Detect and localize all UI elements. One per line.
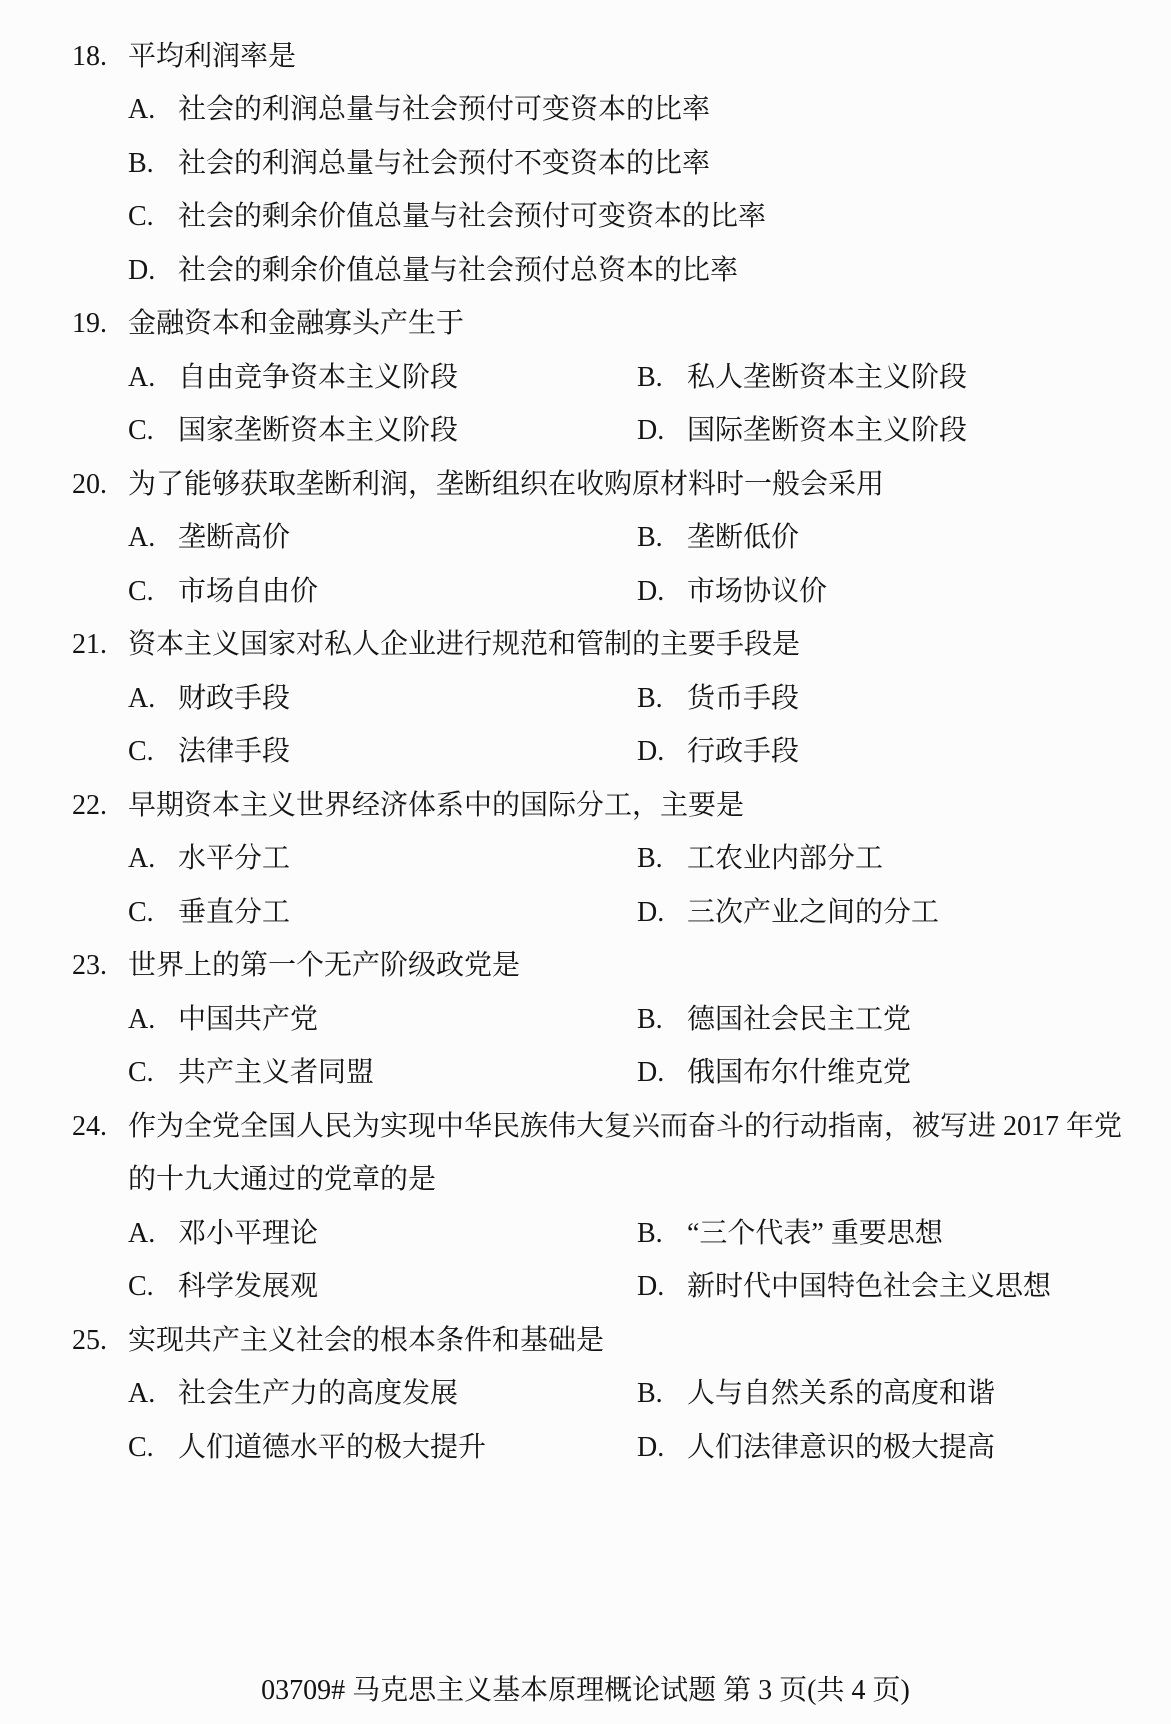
question-title-row: 19.金融资本和金融寡头产生于 — [0, 298, 1171, 352]
option-19-C: C.国家垄断资本主义阶段 — [128, 415, 458, 447]
question-number: 21. — [72, 629, 107, 661]
option-label: B. — [637, 1004, 687, 1036]
footer-text: 03709# 马克思主义基本原理概论试题 第 3 页(共 4 页) — [261, 1675, 910, 1706]
question-number: 19. — [72, 308, 107, 340]
option-label: D. — [637, 415, 687, 447]
question-list: 18.平均利润率是A.社会的利润总量与社会预付可变资本的比率B.社会的利润总量与… — [0, 30, 1171, 1475]
option-19-B: B.私人垄断资本主义阶段 — [637, 362, 967, 394]
option-label: C. — [128, 415, 178, 447]
option-text: 社会的剩余价值总量与社会预付可变资本的比率 — [178, 201, 766, 232]
option-20-C: C.市场自由价 — [128, 576, 318, 608]
option-label: A. — [128, 1378, 178, 1410]
options-row: C.法律手段D.行政手段 — [0, 726, 1171, 780]
options-row: C.科学发展观D.新时代中国特色社会主义思想 — [0, 1261, 1171, 1315]
question-25: 25.实现共产主义社会的根本条件和基础是A.社会生产力的高度发展B.人与自然关系… — [0, 1314, 1171, 1475]
option-text: 邓小平理论 — [178, 1218, 318, 1249]
question-text: 金融资本和金融寡头产生于 — [128, 308, 464, 340]
option-label: B. — [637, 843, 687, 875]
options-row: C.市场自由价D.市场协议价 — [0, 565, 1171, 619]
option-24-B: B.“三个代表” 重要思想 — [637, 1218, 943, 1250]
options-row: A.社会生产力的高度发展B.人与自然关系的高度和谐 — [0, 1368, 1171, 1422]
option-label: B. — [637, 1378, 687, 1410]
option-text: 社会生产力的高度发展 — [178, 1378, 458, 1409]
question-title-row: 24.作为全党全国人民为实现中华民族伟大复兴而奋斗的行动指南，被写进 2017 … — [0, 1100, 1171, 1154]
option-25-A: A.社会生产力的高度发展 — [128, 1378, 458, 1410]
question-number: 24. — [72, 1111, 107, 1143]
question-number: 23. — [72, 950, 107, 982]
option-19-A: A.自由竞争资本主义阶段 — [128, 362, 458, 394]
option-21-A: A.财政手段 — [128, 683, 290, 715]
option-text: 社会的利润总量与社会预付不变资本的比率 — [178, 148, 710, 179]
option-text: 社会的利润总量与社会预付可变资本的比率 — [178, 94, 710, 125]
question-title-row: 18.平均利润率是 — [0, 30, 1171, 84]
option-text: 垄断低价 — [687, 522, 799, 553]
option-label: A. — [128, 362, 178, 394]
question-text: 资本主义国家对私人企业进行规范和管制的主要手段是 — [128, 629, 800, 661]
option-25-B: B.人与自然关系的高度和谐 — [637, 1378, 995, 1410]
question-title-row: 21.资本主义国家对私人企业进行规范和管制的主要手段是 — [0, 619, 1171, 673]
question-18: 18.平均利润率是A.社会的利润总量与社会预付可变资本的比率B.社会的利润总量与… — [0, 30, 1171, 298]
option-23-C: C.共产主义者同盟 — [128, 1057, 374, 1089]
options-row: D.社会的剩余价值总量与社会预付总资本的比率 — [0, 244, 1171, 298]
options-row: C.国家垄断资本主义阶段D.国际垄断资本主义阶段 — [0, 405, 1171, 459]
option-label: A. — [128, 1218, 178, 1250]
option-19-D: D.国际垄断资本主义阶段 — [637, 415, 967, 447]
option-label: D. — [637, 736, 687, 768]
question-number: 18. — [72, 41, 107, 73]
option-label: D. — [637, 1271, 687, 1303]
options-row: A.邓小平理论B.“三个代表” 重要思想 — [0, 1207, 1171, 1261]
question-title-row: 25.实现共产主义社会的根本条件和基础是 — [0, 1314, 1171, 1368]
option-label: D. — [637, 576, 687, 608]
option-label: C. — [128, 736, 178, 768]
options-row: A.水平分工B.工农业内部分工 — [0, 833, 1171, 887]
options-row: B.社会的利润总量与社会预付不变资本的比率 — [0, 137, 1171, 191]
question-title-row: 的十九大通过的党章的是 — [0, 1154, 1171, 1208]
option-label: B. — [637, 683, 687, 715]
option-label: D. — [637, 1057, 687, 1089]
option-text: 财政手段 — [178, 683, 290, 714]
option-label: D. — [637, 897, 687, 929]
option-label: C. — [128, 1057, 178, 1089]
option-24-A: A.邓小平理论 — [128, 1218, 318, 1250]
option-text: 三次产业之间的分工 — [687, 897, 939, 928]
options-row: C.垂直分工D.三次产业之间的分工 — [0, 886, 1171, 940]
option-21-D: D.行政手段 — [637, 736, 799, 768]
option-24-D: D.新时代中国特色社会主义思想 — [637, 1271, 1051, 1303]
option-text: 自由竞争资本主义阶段 — [178, 362, 458, 393]
question-title-row: 22.早期资本主义世界经济体系中的国际分工，主要是 — [0, 779, 1171, 833]
option-label: A. — [128, 1004, 178, 1036]
question-text: 世界上的第一个无产阶级政党是 — [128, 950, 520, 982]
option-text: 国际垄断资本主义阶段 — [687, 415, 967, 446]
option-25-D: D.人们法律意识的极大提高 — [637, 1432, 995, 1464]
option-23-A: A.中国共产党 — [128, 1004, 318, 1036]
option-22-C: C.垂直分工 — [128, 897, 290, 929]
option-text: 社会的剩余价值总量与社会预付总资本的比率 — [178, 255, 738, 286]
option-label: A. — [128, 522, 178, 554]
option-label: C. — [128, 1271, 178, 1303]
option-18-D: D.社会的剩余价值总量与社会预付总资本的比率 — [128, 255, 738, 287]
options-row: A.社会的利润总量与社会预付可变资本的比率 — [0, 84, 1171, 138]
option-21-C: C.法律手段 — [128, 736, 290, 768]
option-label: A. — [128, 843, 178, 875]
option-text: 俄国布尔什维克党 — [687, 1057, 911, 1088]
question-title-row: 23.世界上的第一个无产阶级政党是 — [0, 940, 1171, 994]
option-label: C. — [128, 201, 178, 233]
option-text: 私人垄断资本主义阶段 — [687, 362, 967, 393]
question-number: 25. — [72, 1325, 107, 1357]
option-20-D: D.市场协议价 — [637, 576, 827, 608]
option-text: 市场自由价 — [178, 576, 318, 607]
question-text: 为了能够获取垄断利润，垄断组织在收购原材料时一般会采用 — [128, 469, 884, 501]
option-label: B. — [637, 1218, 687, 1250]
question-text: 作为全党全国人民为实现中华民族伟大复兴而奋斗的行动指南，被写进 2017 年党 — [128, 1111, 1122, 1143]
option-22-B: B.工农业内部分工 — [637, 843, 883, 875]
option-18-B: B.社会的利润总量与社会预付不变资本的比率 — [128, 148, 710, 180]
question-20: 20.为了能够获取垄断利润，垄断组织在收购原材料时一般会采用A.垄断高价B.垄断… — [0, 458, 1171, 619]
option-label: D. — [637, 1432, 687, 1464]
options-row: C.社会的剩余价值总量与社会预付可变资本的比率 — [0, 191, 1171, 245]
question-22: 22.早期资本主义世界经济体系中的国际分工，主要是A.水平分工B.工农业内部分工… — [0, 779, 1171, 940]
option-text: 工农业内部分工 — [687, 843, 883, 874]
option-text: 德国社会民主工党 — [687, 1004, 911, 1035]
question-19: 19.金融资本和金融寡头产生于A.自由竞争资本主义阶段B.私人垄断资本主义阶段C… — [0, 298, 1171, 459]
options-row: A.垄断高价B.垄断低价 — [0, 512, 1171, 566]
option-label: C. — [128, 1432, 178, 1464]
option-label: B. — [637, 522, 687, 554]
option-18-C: C.社会的剩余价值总量与社会预付可变资本的比率 — [128, 201, 766, 233]
option-text: 新时代中国特色社会主义思想 — [687, 1271, 1051, 1302]
option-text: 中国共产党 — [178, 1004, 318, 1035]
option-label: D. — [128, 255, 178, 287]
option-text: 国家垄断资本主义阶段 — [178, 415, 458, 446]
option-text: 市场协议价 — [687, 576, 827, 607]
option-text: 垄断高价 — [178, 522, 290, 553]
page-footer: 03709# 马克思主义基本原理概论试题 第 3 页(共 4 页) — [0, 1676, 1171, 1707]
option-24-C: C.科学发展观 — [128, 1271, 318, 1303]
option-22-D: D.三次产业之间的分工 — [637, 897, 939, 929]
question-24: 24.作为全党全国人民为实现中华民族伟大复兴而奋斗的行动指南，被写进 2017 … — [0, 1100, 1171, 1314]
option-label: B. — [637, 362, 687, 394]
options-row: A.中国共产党B.德国社会民主工党 — [0, 993, 1171, 1047]
option-text: 人们法律意识的极大提高 — [687, 1432, 995, 1463]
question-title-row: 20.为了能够获取垄断利润，垄断组织在收购原材料时一般会采用 — [0, 458, 1171, 512]
option-18-A: A.社会的利润总量与社会预付可变资本的比率 — [128, 94, 710, 126]
option-text: 科学发展观 — [178, 1271, 318, 1302]
option-text: 法律手段 — [178, 736, 290, 767]
option-20-A: A.垄断高价 — [128, 522, 290, 554]
option-text: 人与自然关系的高度和谐 — [687, 1378, 995, 1409]
option-label: B. — [128, 148, 178, 180]
option-23-D: D.俄国布尔什维克党 — [637, 1057, 911, 1089]
option-text: 共产主义者同盟 — [178, 1057, 374, 1088]
exam-paper-page: 18.平均利润率是A.社会的利润总量与社会预付可变资本的比率B.社会的利润总量与… — [0, 0, 1171, 1724]
option-text: 垂直分工 — [178, 897, 290, 928]
option-23-B: B.德国社会民主工党 — [637, 1004, 911, 1036]
question-21: 21.资本主义国家对私人企业进行规范和管制的主要手段是A.财政手段B.货币手段C… — [0, 619, 1171, 780]
option-text: 货币手段 — [687, 683, 799, 714]
options-row: A.财政手段B.货币手段 — [0, 672, 1171, 726]
question-text-continued: 的十九大通过的党章的是 — [128, 1164, 436, 1196]
option-25-C: C.人们道德水平的极大提升 — [128, 1432, 486, 1464]
option-label: C. — [128, 576, 178, 608]
option-21-B: B.货币手段 — [637, 683, 799, 715]
options-row: C.共产主义者同盟D.俄国布尔什维克党 — [0, 1047, 1171, 1101]
question-23: 23.世界上的第一个无产阶级政党是A.中国共产党B.德国社会民主工党C.共产主义… — [0, 940, 1171, 1101]
option-text: 行政手段 — [687, 736, 799, 767]
options-row: C.人们道德水平的极大提升D.人们法律意识的极大提高 — [0, 1421, 1171, 1475]
option-label: A. — [128, 94, 178, 126]
option-label: C. — [128, 897, 178, 929]
question-number: 20. — [72, 469, 107, 501]
option-label: A. — [128, 683, 178, 715]
option-text: “三个代表” 重要思想 — [687, 1218, 943, 1249]
option-text: 人们道德水平的极大提升 — [178, 1432, 486, 1463]
question-number: 22. — [72, 790, 107, 822]
option-text: 水平分工 — [178, 843, 290, 874]
question-text: 实现共产主义社会的根本条件和基础是 — [128, 1325, 604, 1357]
options-row: A.自由竞争资本主义阶段B.私人垄断资本主义阶段 — [0, 351, 1171, 405]
option-20-B: B.垄断低价 — [637, 522, 799, 554]
question-text: 早期资本主义世界经济体系中的国际分工，主要是 — [128, 790, 744, 822]
question-text: 平均利润率是 — [128, 41, 296, 73]
option-22-A: A.水平分工 — [128, 843, 290, 875]
